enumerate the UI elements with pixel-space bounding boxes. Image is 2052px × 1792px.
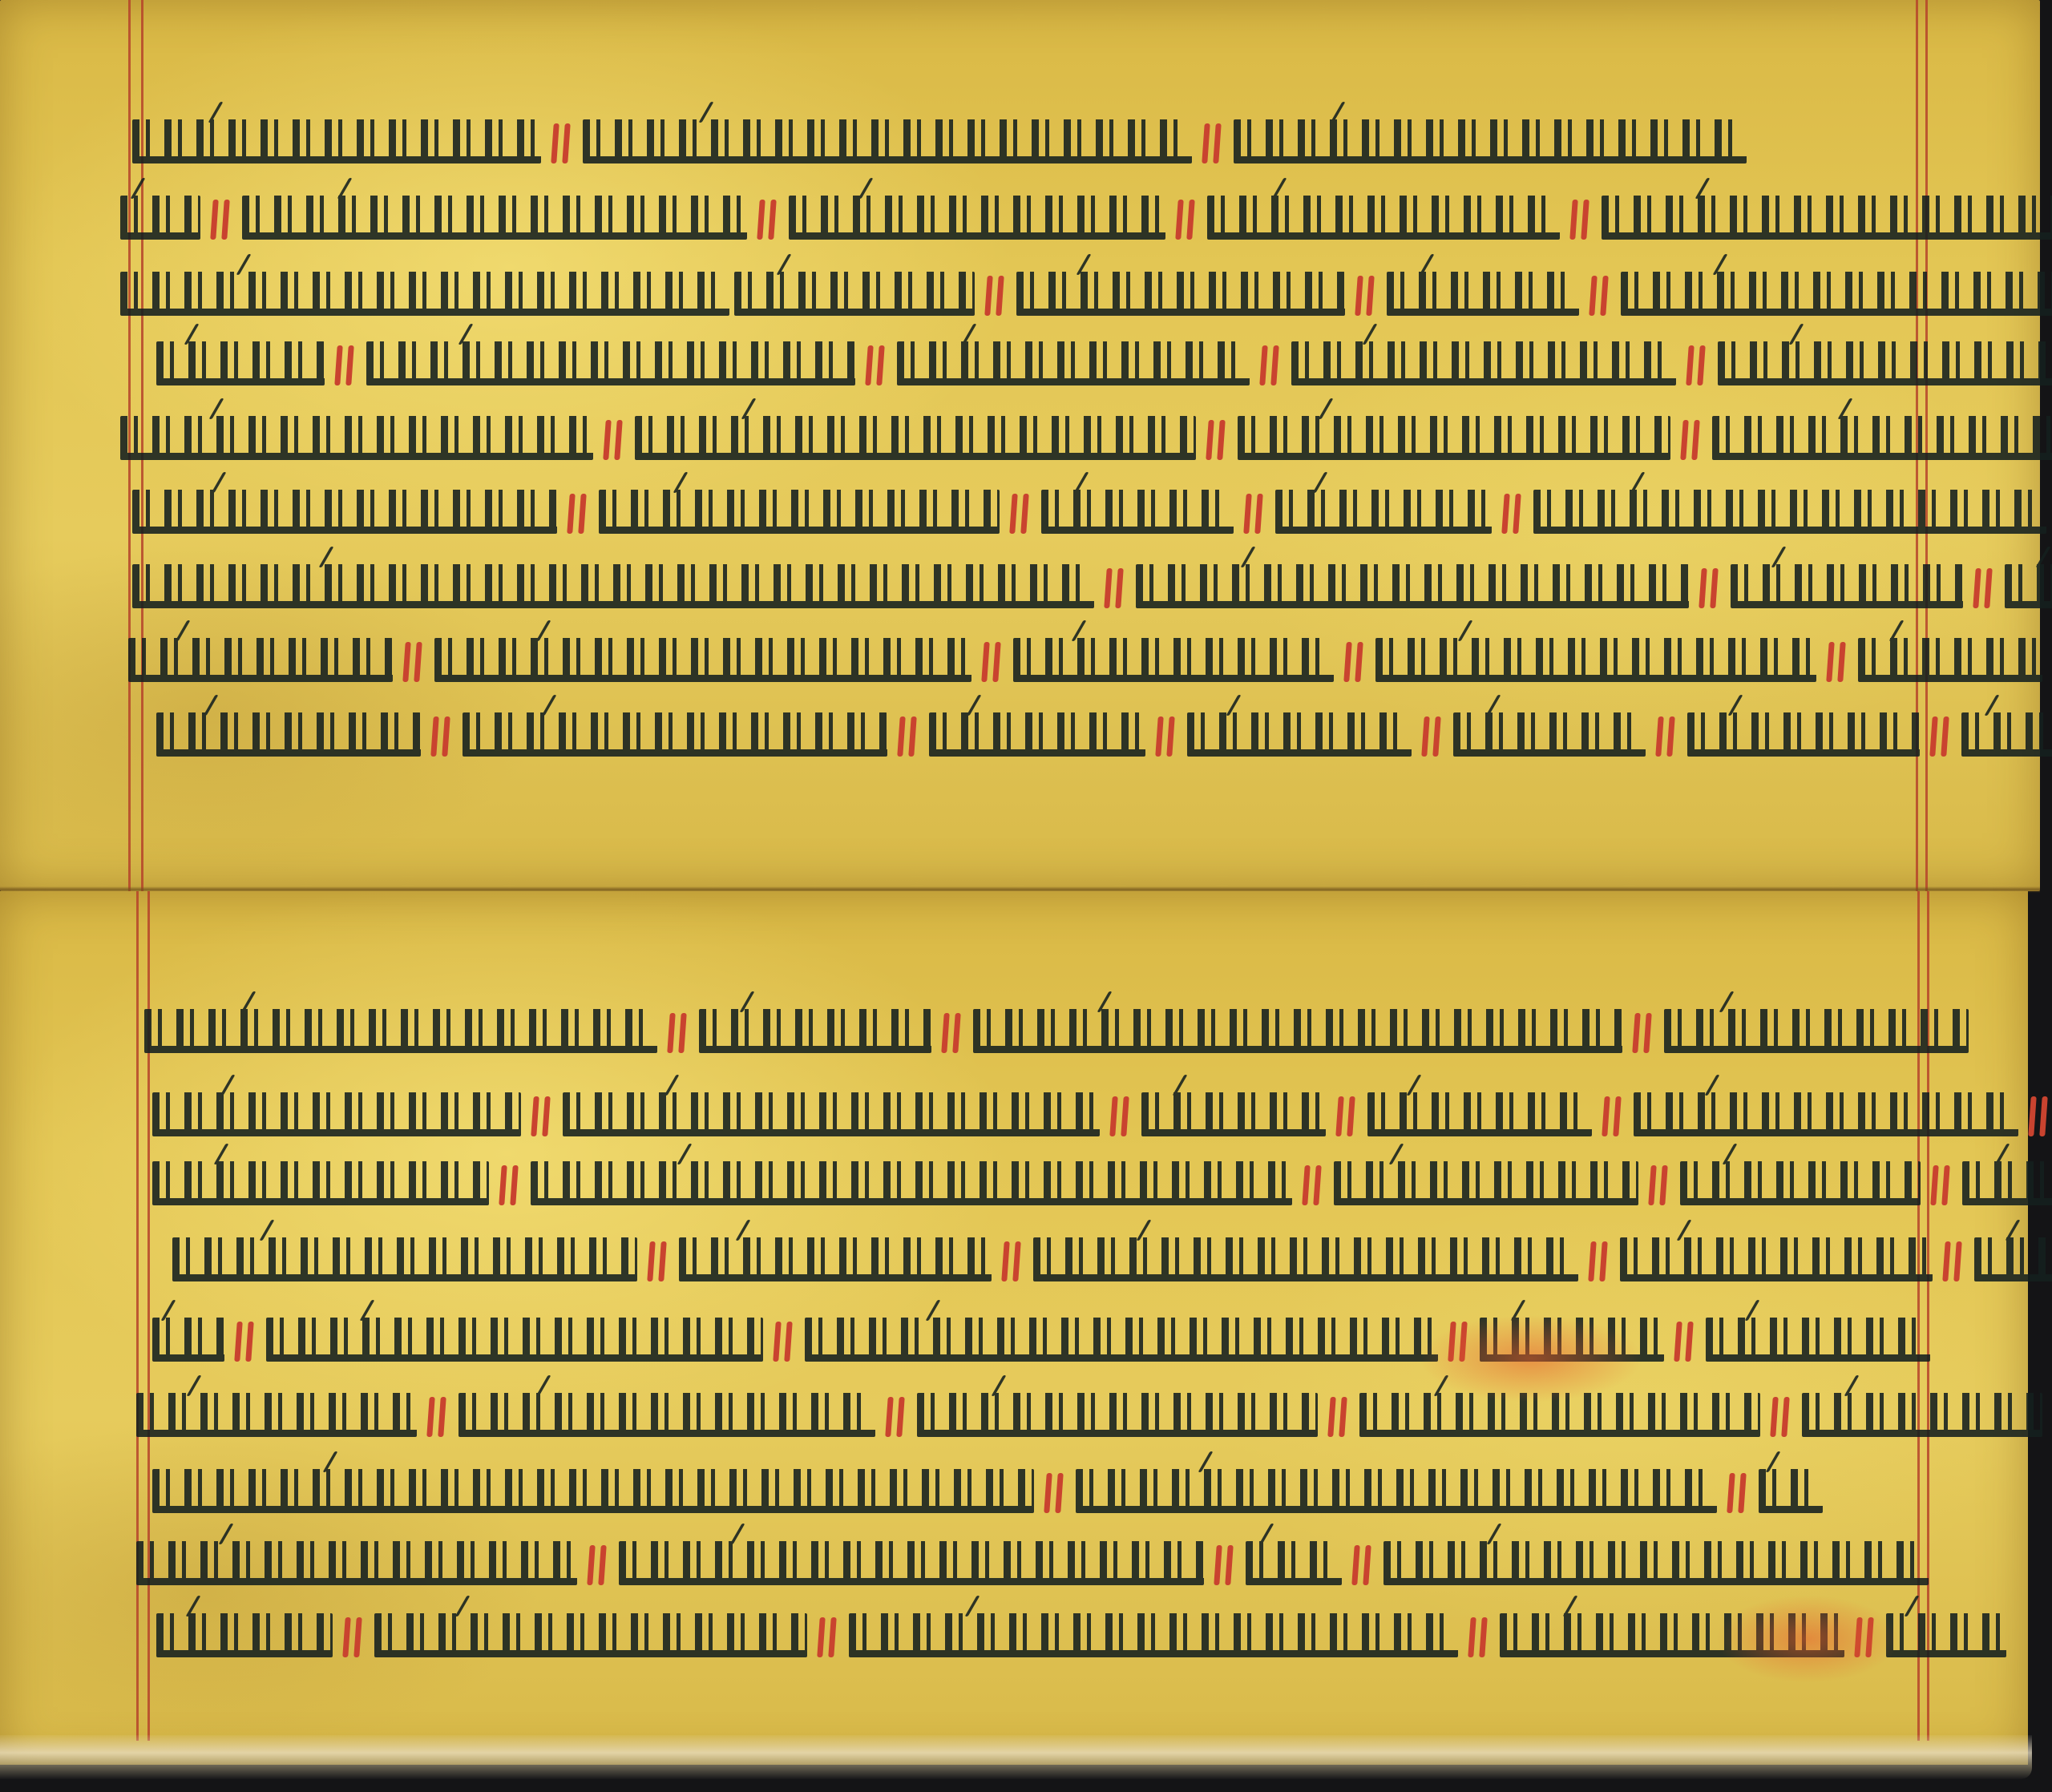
script-text-segment — [1246, 1541, 1342, 1585]
script-text-segment — [136, 1393, 417, 1437]
script-text-segment — [1974, 1237, 2052, 1281]
red-double-danda — [532, 1095, 551, 1136]
script-text-segment — [120, 196, 200, 240]
script-text-segment — [1041, 490, 1234, 534]
script-text-segment — [144, 1009, 657, 1053]
script-text-segment — [1238, 416, 1670, 460]
script-text-segment — [1016, 272, 1345, 316]
manuscript-line-7 — [132, 563, 2052, 608]
script-text-segment — [1858, 638, 2042, 682]
red-double-danda — [1503, 492, 1522, 534]
red-double-danda — [404, 640, 423, 682]
script-text-segment — [1680, 1161, 1921, 1205]
red-double-danda — [1105, 567, 1125, 608]
red-double-danda — [428, 1395, 447, 1437]
script-text-segment — [619, 1541, 1204, 1585]
script-text-segment — [849, 1613, 1458, 1657]
script-text-segment — [1731, 564, 1963, 608]
script-text-segment — [1076, 1469, 1717, 1513]
script-text-segment — [1136, 564, 1689, 608]
script-text-segment — [1187, 712, 1412, 757]
red-double-danda — [1423, 715, 1442, 757]
script-text-segment — [152, 1318, 224, 1362]
script-text-segment — [463, 712, 887, 757]
red-double-danda — [1203, 122, 1222, 163]
script-text-segment — [120, 416, 593, 460]
red-double-danda — [1111, 1095, 1130, 1136]
script-text-segment — [1718, 341, 2052, 385]
script-text-segment — [1383, 1541, 1929, 1585]
red-double-danda — [669, 1011, 688, 1053]
red-double-danda — [899, 715, 918, 757]
red-double-danda — [1700, 567, 1719, 608]
script-text-segment — [917, 1393, 1318, 1437]
script-text-segment — [1453, 712, 1646, 757]
script-text-segment — [242, 196, 747, 240]
manuscript-line-2 — [152, 1092, 2052, 1136]
red-double-danda — [1944, 1240, 1963, 1281]
script-text-segment — [679, 1237, 992, 1281]
red-double-danda — [943, 1011, 962, 1053]
red-double-danda — [1329, 1395, 1348, 1437]
script-text-segment — [897, 341, 1250, 385]
red-double-danda — [1003, 1240, 1022, 1281]
script-text-segment — [1620, 1237, 1933, 1281]
script-text-segment — [132, 119, 541, 163]
red-double-danda — [1828, 640, 1847, 682]
script-text-segment — [1367, 1092, 1592, 1136]
manuscript-line-6 — [132, 489, 2052, 534]
upper-folio — [0, 0, 2040, 891]
manuscript-line-3 — [152, 1160, 2052, 1205]
red-double-danda — [1682, 418, 1701, 460]
red-double-danda — [1207, 418, 1226, 460]
script-text-segment — [973, 1009, 1622, 1053]
red-double-danda — [758, 198, 778, 240]
red-double-danda — [552, 122, 572, 163]
red-double-danda — [1650, 1164, 1669, 1205]
script-text-segment — [136, 1541, 577, 1585]
script-text-segment — [1961, 712, 2052, 757]
script-text-segment — [583, 119, 1192, 163]
manuscript-line-1 — [144, 1008, 1973, 1053]
manuscript-line-2 — [120, 195, 2052, 240]
manuscript-line-9 — [156, 712, 2052, 757]
red-double-danda — [1261, 344, 1280, 385]
red-ochre-stain-lower-line5 — [1419, 1314, 1643, 1403]
script-text-segment — [1275, 490, 1492, 534]
script-text-segment — [1886, 1613, 2006, 1657]
red-double-danda — [1353, 1544, 1372, 1585]
script-text-segment — [266, 1318, 763, 1362]
red-double-danda — [212, 198, 231, 240]
script-text-segment — [1802, 1393, 2042, 1437]
script-text-segment — [366, 341, 855, 385]
manuscript-line-8 — [136, 1540, 1933, 1585]
red-double-danda — [568, 492, 588, 534]
script-text-segment — [1033, 1237, 1578, 1281]
script-text-segment — [152, 1161, 489, 1205]
red-double-danda — [1356, 274, 1375, 316]
red-double-danda — [1303, 1164, 1323, 1205]
script-text-segment — [132, 490, 557, 534]
script-text-segment — [563, 1092, 1100, 1136]
red-double-danda — [500, 1164, 519, 1205]
script-text-segment — [1387, 272, 1579, 316]
red-double-danda — [604, 418, 624, 460]
script-text-segment — [1962, 1161, 2052, 1205]
script-text-segment — [1664, 1009, 1969, 1053]
red-double-danda — [1771, 1395, 1791, 1437]
script-text-segment — [1759, 1469, 1823, 1513]
red-double-danda — [1589, 1240, 1609, 1281]
script-text-segment — [734, 272, 975, 316]
red-double-danda — [1345, 640, 1364, 682]
red-double-danda — [1157, 715, 1176, 757]
red-double-danda — [1245, 492, 1264, 534]
left-margin-rule — [136, 891, 139, 1741]
script-text-segment — [1375, 638, 1816, 682]
red-double-danda — [236, 1320, 255, 1362]
manuscript-line-7 — [152, 1468, 1828, 1513]
manuscript-line-5 — [152, 1317, 1935, 1362]
manuscript-line-6 — [136, 1392, 2047, 1437]
script-text-segment — [1621, 272, 2052, 316]
red-double-danda — [1675, 1320, 1695, 1362]
red-ochre-stain-lower-line9 — [1715, 1595, 1900, 1683]
red-double-danda — [1177, 198, 1196, 240]
script-text-segment — [156, 341, 325, 385]
red-double-danda — [1657, 715, 1676, 757]
manuscript-line-5 — [120, 415, 2052, 460]
script-text-segment — [1207, 196, 1560, 240]
script-text-segment — [1533, 490, 2046, 534]
script-text-segment — [1141, 1092, 1326, 1136]
manuscript-line-4 — [156, 341, 2052, 385]
red-double-danda — [774, 1320, 794, 1362]
script-text-segment — [374, 1613, 807, 1657]
red-double-danda — [588, 1544, 608, 1585]
red-double-danda — [1571, 198, 1590, 240]
script-text-segment — [152, 1469, 1034, 1513]
red-double-danda — [1215, 1544, 1234, 1585]
script-text-segment — [132, 564, 1094, 608]
manuscript-line-4 — [172, 1237, 2052, 1281]
script-text-segment — [699, 1009, 931, 1053]
red-double-danda — [1687, 344, 1707, 385]
script-text-segment — [1334, 1161, 1638, 1205]
script-text-segment — [1706, 1318, 1930, 1362]
script-text-segment — [2005, 564, 2052, 608]
script-text-segment — [599, 490, 1000, 534]
script-text-segment — [152, 1092, 521, 1136]
red-double-danda — [1634, 1011, 1653, 1053]
red-double-danda — [432, 715, 451, 757]
red-double-danda — [1590, 274, 1610, 316]
script-text-segment — [531, 1161, 1292, 1205]
script-text-segment — [458, 1393, 875, 1437]
red-double-danda — [818, 1616, 838, 1657]
red-double-danda — [1045, 1471, 1064, 1513]
manuscript: Indic manuscript script, black ink; not … — [0, 0, 2040, 1755]
script-text-segment — [635, 416, 1196, 460]
red-double-danda — [986, 274, 1005, 316]
script-text-segment — [156, 1613, 333, 1657]
script-text-segment — [1712, 416, 2052, 460]
red-double-danda — [1337, 1095, 1356, 1136]
red-double-danda — [983, 640, 1002, 682]
script-text-segment — [1234, 119, 1747, 163]
script-text-segment — [1634, 1092, 2018, 1136]
red-double-danda — [866, 344, 886, 385]
manuscript-line-3 — [120, 271, 2052, 316]
script-text-segment — [434, 638, 971, 682]
red-double-danda — [1974, 567, 1993, 608]
red-double-danda — [1603, 1095, 1622, 1136]
script-text-segment — [1687, 712, 1920, 757]
red-double-danda — [887, 1395, 906, 1437]
script-text-segment — [1602, 196, 2052, 240]
red-double-danda — [1011, 492, 1030, 534]
script-text-segment — [172, 1237, 637, 1281]
script-text-segment — [128, 638, 393, 682]
script-text-segment — [789, 196, 1165, 240]
red-double-danda — [1469, 1616, 1489, 1657]
script-text-segment — [120, 272, 729, 316]
script-text-segment — [156, 712, 421, 757]
red-double-danda — [648, 1240, 668, 1281]
manuscript-line-8 — [128, 637, 2047, 682]
red-double-danda — [2030, 1095, 2049, 1136]
red-double-danda — [336, 344, 355, 385]
script-text-segment — [929, 712, 1145, 757]
red-double-danda — [1932, 1164, 1951, 1205]
red-double-danda — [1728, 1471, 1747, 1513]
script-text-segment — [805, 1318, 1438, 1362]
script-text-segment — [1013, 638, 1334, 682]
red-double-danda — [1931, 715, 1950, 757]
lamination-edge — [0, 1735, 2032, 1779]
script-text-segment — [1291, 341, 1676, 385]
manuscript-line-1 — [132, 119, 1751, 163]
red-double-danda — [344, 1616, 363, 1657]
